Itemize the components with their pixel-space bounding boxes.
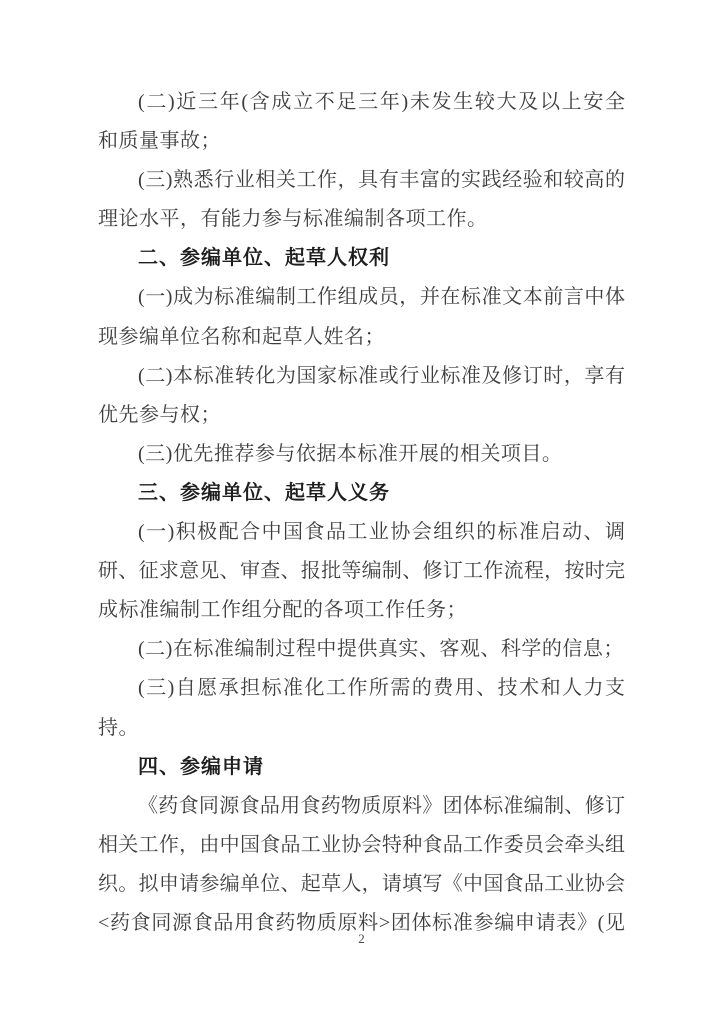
section-heading-rights: 二、参编单位、起草人权利 [98, 239, 625, 278]
text-line: (二)本标准转化为国家标准或行业标准及修订时，享有 [98, 357, 625, 396]
text-line: 理论水平，有能力参与标准编制各项工作。 [98, 200, 625, 239]
section-heading-obligations: 三、参编单位、起草人义务 [98, 474, 625, 513]
text-line: (二)近三年(含成立不足三年)未发生较大及以上安全 [98, 83, 625, 122]
text-line: 成标准编制工作组分配的各项工作任务； [98, 591, 625, 630]
text-line: (二)在标准编制过程中提供真实、客观、科学的信息； [98, 630, 625, 669]
text-line: 相关工作，由中国食品工业协会特种食品工作委员会牵头组 [98, 826, 625, 865]
text-line: (三)自愿承担标准化工作所需的费用、技术和人力支 [98, 669, 625, 708]
text-line: 研、征求意见、审查、报批等编制、修订工作流程，按时完 [98, 552, 625, 591]
text-line: 优先参与权； [98, 396, 625, 435]
text-line: (三)优先推荐参与依据本标准开展的相关项目。 [98, 435, 625, 474]
text-line: 现参编单位名称和起草人姓名； [98, 318, 625, 357]
text-line: 织。拟申请参编单位、起草人，请填写《中国食品工业协会 [98, 865, 625, 904]
text-line: 和质量事故； [98, 122, 625, 161]
text-line: (三)熟悉行业相关工作，具有丰富的实践经验和较高的 [98, 161, 625, 200]
page-number: 2 [98, 929, 625, 949]
section-heading-application: 四、参编申请 [98, 748, 625, 787]
text-line: (一)积极配合中国食品工业协会组织的标准启动、调 [98, 513, 625, 552]
text-line: (一)成为标准编制工作组成员，并在标准文本前言中体 [98, 278, 625, 317]
text-line: 持。 [98, 709, 625, 748]
text-line: 《药食同源食品用食药物质原料》团体标准编制、修订 [98, 787, 625, 826]
document-page: (二)近三年(含成立不足三年)未发生较大及以上安全 和质量事故； (三)熟悉行业… [0, 0, 724, 1024]
document-text-block: (二)近三年(含成立不足三年)未发生较大及以上安全 和质量事故； (三)熟悉行业… [98, 83, 625, 943]
